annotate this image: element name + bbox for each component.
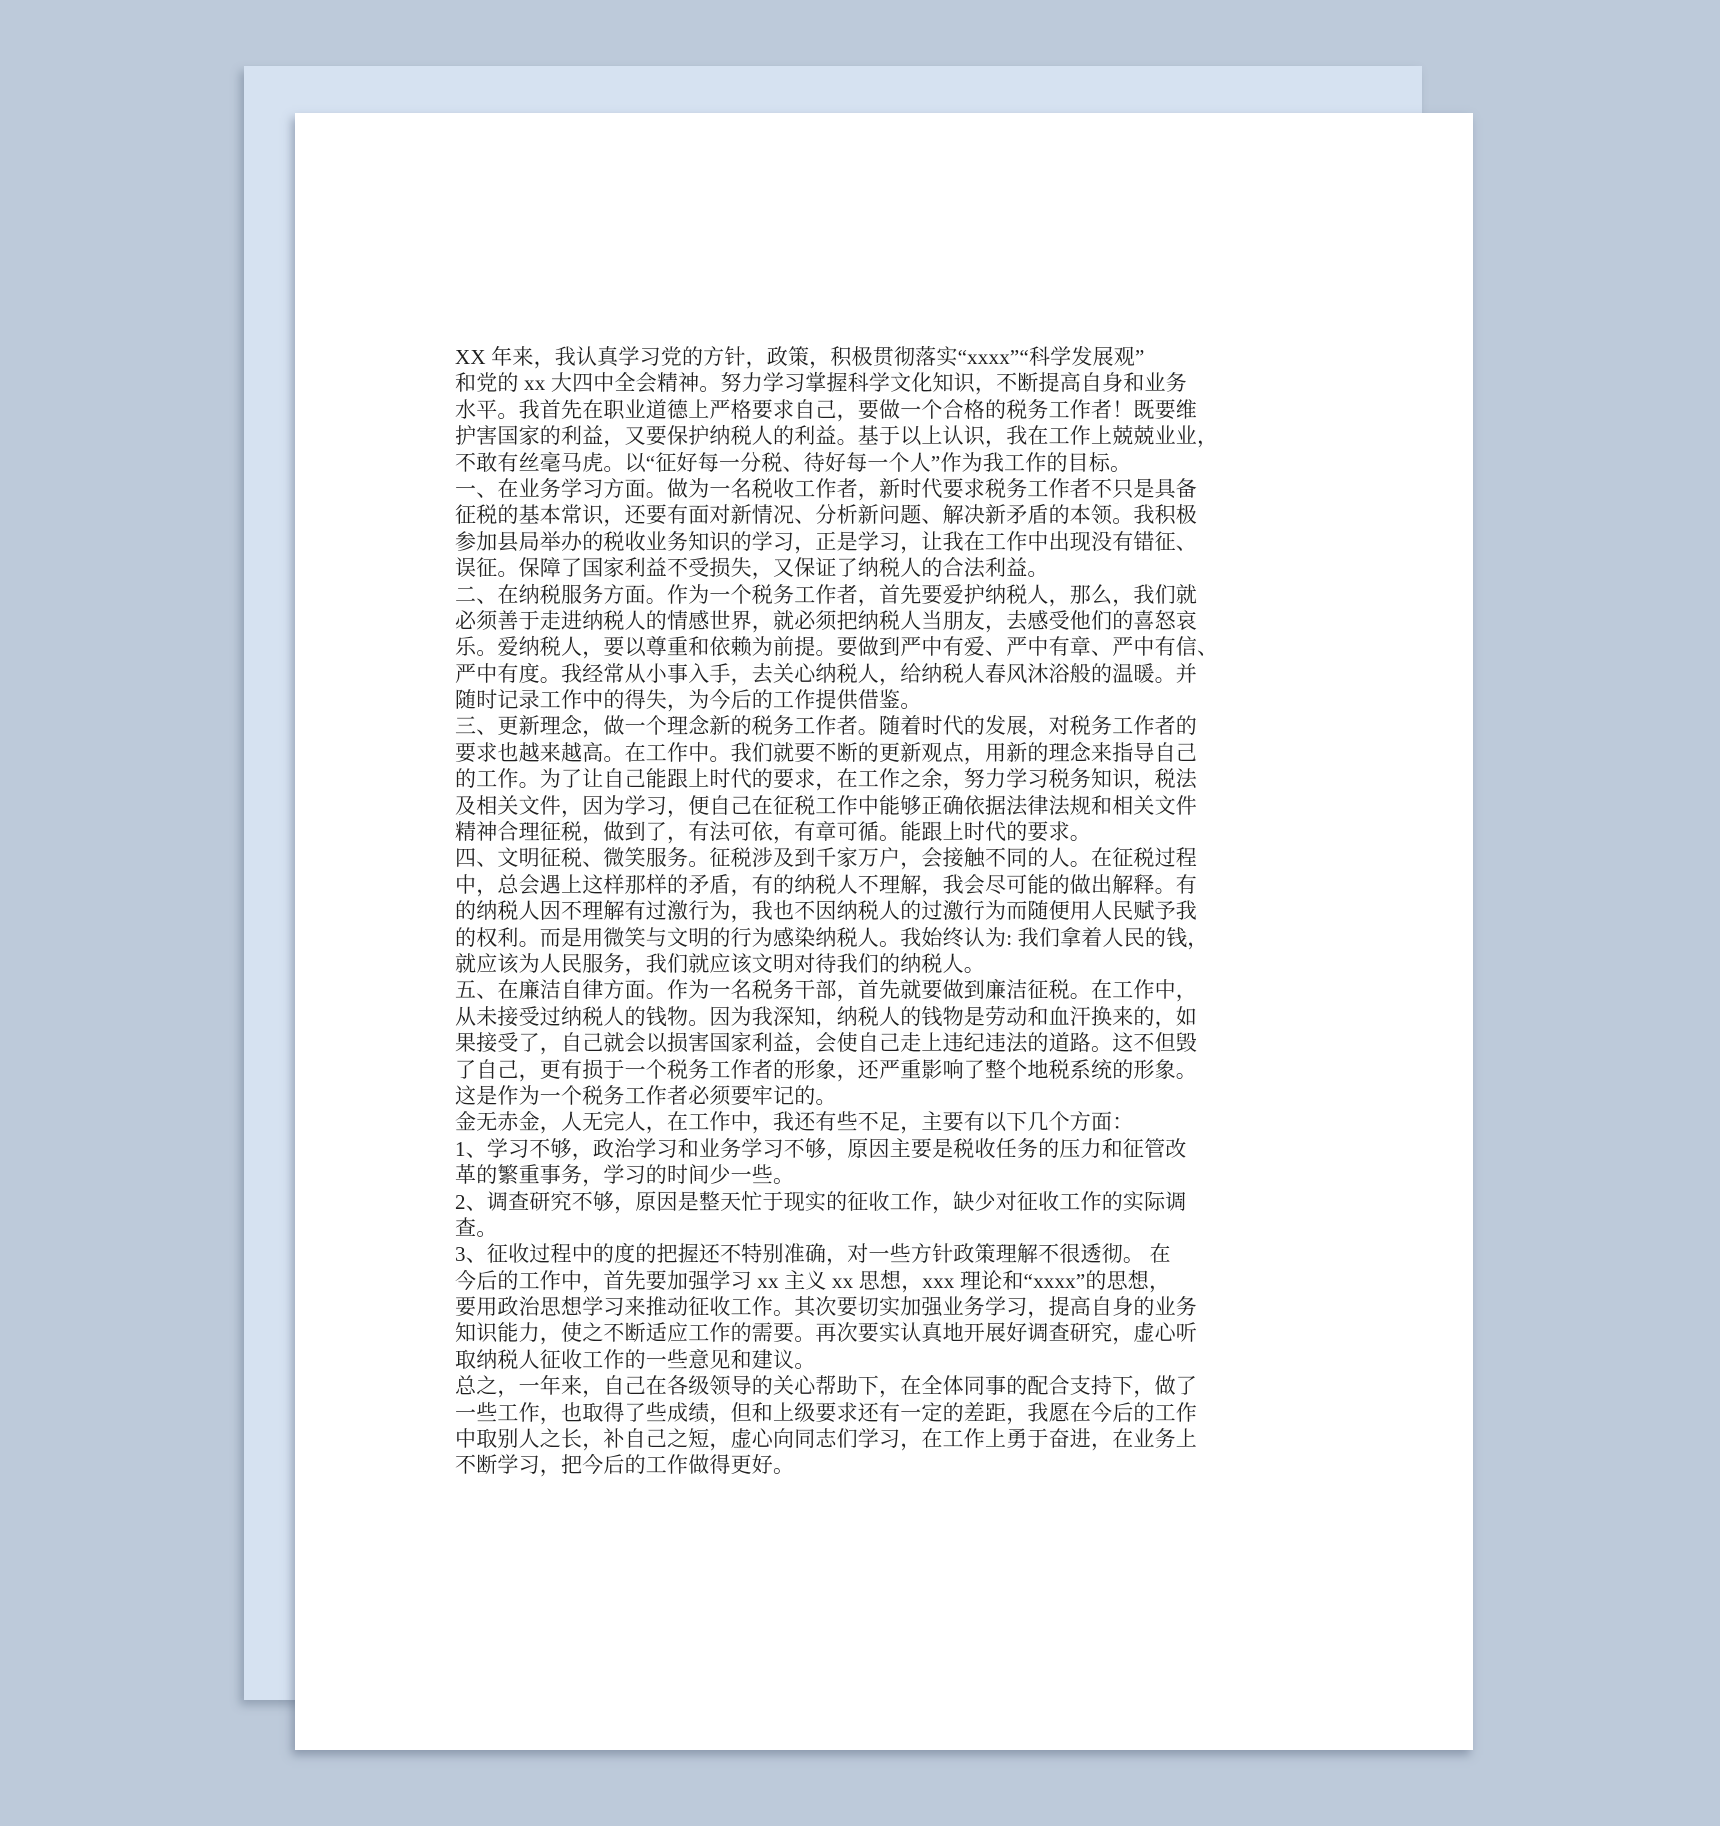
text-line: 查。 (455, 1215, 1237, 1241)
text-line: 三、更新理念，做一个理念新的税务工作者。随着时代的发展，对税务工作者的 (455, 713, 1237, 739)
text-line: 必须善于走进纳税人的情感世界，就必须把纳税人当朋友，去感受他们的喜怒哀 (455, 608, 1237, 634)
text-line: 金无赤金，人无完人，在工作中，我还有些不足，主要有以下几个方面： (455, 1109, 1237, 1135)
text-line: 要求也越来越高。在工作中。我们就要不断的更新观点，用新的理念来指导自己 (455, 740, 1237, 766)
text-line: 的纳税人因不理解有过激行为，我也不因纳税人的过激行为而随便用人民赋予我 (455, 898, 1237, 924)
text-line: 知识能力，使之不断适应工作的需要。再次要实认真地开展好调查研究，虚心听 (455, 1320, 1237, 1346)
text-line: 护害国家的利益，又要保护纳税人的利益。基于以上认识，我在工作上兢兢业业， (455, 423, 1237, 449)
text-line: 要用政治思想学习来推动征收工作。其次要切实加强业务学习，提高自身的业务 (455, 1294, 1237, 1320)
text-line: 的权利。而是用微笑与文明的行为感染纳税人。我始终认为: 我们拿着人民的钱， (455, 925, 1237, 951)
text-line: 的工作。为了让自己能跟上时代的要求，在工作之余，努力学习税务知识，税法 (455, 766, 1237, 792)
text-line: 总之，一年来，自己在各级领导的关心帮助下，在全体同事的配合支持下，做了 (455, 1373, 1237, 1399)
text-line: 乐。爱纳税人，要以尊重和依赖为前提。要做到严中有爱、严中有章、严中有信、 (455, 634, 1237, 660)
text-line: 水平。我首先在职业道德上严格要求自己，要做一个合格的税务工作者！既要维 (455, 397, 1237, 423)
text-line: 一、在业务学习方面。做为一名税收工作者，新时代要求税务工作者不只是具备 (455, 476, 1237, 502)
text-line: 不断学习，把今后的工作做得更好。 (455, 1452, 1237, 1478)
text-line: 中，总会遇上这样那样的矛盾，有的纳税人不理解，我会尽可能的做出解释。有 (455, 872, 1237, 898)
text-line: 果接受了，自己就会以损害国家利益，会使自己走上违纪违法的道路。这不但毁 (455, 1030, 1237, 1056)
document-text: XX 年来，我认真学习党的方针，政策，积极贯彻落实“xxxx”“科学发展观”和党… (455, 344, 1237, 1479)
text-line: 误征。保障了国家利益不受损失，又保证了纳税人的合法利益。 (455, 555, 1237, 581)
text-line: 1、学习不够，政治学习和业务学习不够，原因主要是税收任务的压力和征管改 (455, 1136, 1237, 1162)
text-line: 一些工作，也取得了些成绩，但和上级要求还有一定的差距，我愿在今后的工作 (455, 1400, 1237, 1426)
text-line: 就应该为人民服务，我们就应该文明对待我们的纳税人。 (455, 951, 1237, 977)
text-line: 今后的工作中，首先要加强学习 xx 主义 xx 思想，xxx 理论和“xxxx”… (455, 1268, 1237, 1294)
text-line: 中取别人之长，补自己之短，虚心向同志们学习，在工作上勇于奋进，在业务上 (455, 1426, 1237, 1452)
text-line: 精神合理征税，做到了，有法可依，有章可循。能跟上时代的要求。 (455, 819, 1237, 845)
text-line: XX 年来，我认真学习党的方针，政策，积极贯彻落实“xxxx”“科学发展观” (455, 344, 1237, 370)
text-line: 革的繁重事务，学习的时间少一些。 (455, 1162, 1237, 1188)
text-line: 这是作为一个税务工作者必须要牢记的。 (455, 1083, 1237, 1109)
text-line: 二、在纳税服务方面。作为一个税务工作者，首先要爱护纳税人，那么，我们就 (455, 582, 1237, 608)
text-line: 从未接受过纳税人的钱物。因为我深知，纳税人的钱物是劳动和血汗换来的，如 (455, 1004, 1237, 1030)
text-line: 参加县局举办的税收业务知识的学习，正是学习，让我在工作中出现没有错征、 (455, 529, 1237, 555)
text-line: 2、调查研究不够，原因是整天忙于现实的征收工作，缺少对征收工作的实际调 (455, 1189, 1237, 1215)
text-line: 3、征收过程中的度的把握还不特别准确，对一些方针政策理解不很透彻。 在 (455, 1241, 1237, 1267)
text-line: 四、文明征税、微笑服务。征税涉及到千家万户，会接触不同的人。在征税过程 (455, 845, 1237, 871)
text-line: 和党的 xx 大四中全会精神。努力学习掌握科学文化知识，不断提高自身和业务 (455, 370, 1237, 396)
text-line: 不敢有丝毫马虎。以“征好每一分税、待好每一个人”作为我工作的目标。 (455, 450, 1237, 476)
text-line: 了自己，更有损于一个税务工作者的形象，还严重影响了整个地税系统的形象。 (455, 1057, 1237, 1083)
canvas-background: XX 年来，我认真学习党的方针，政策，积极贯彻落实“xxxx”“科学发展观”和党… (0, 0, 1720, 1826)
text-line: 取纳税人征收工作的一些意见和建议。 (455, 1347, 1237, 1373)
text-line: 征税的基本常识，还要有面对新情况、分析新问题、解决新矛盾的本领。我积极 (455, 502, 1237, 528)
text-line: 及相关文件，因为学习，便自己在征税工作中能够正确依据法律法规和相关文件 (455, 793, 1237, 819)
text-line: 随时记录工作中的得失，为今后的工作提供借鉴。 (455, 687, 1237, 713)
text-line: 五、在廉洁自律方面。作为一名税务干部，首先就要做到廉洁征税。在工作中， (455, 977, 1237, 1003)
document-page: XX 年来，我认真学习党的方针，政策，积极贯彻落实“xxxx”“科学发展观”和党… (295, 113, 1473, 1750)
text-line: 严中有度。我经常从小事入手，去关心纳税人，给纳税人春风沐浴般的温暖。并 (455, 661, 1237, 687)
